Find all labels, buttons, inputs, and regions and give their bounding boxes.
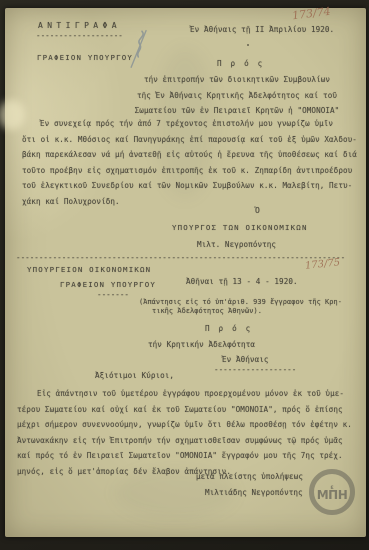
letter2-body: Εἰς ἀπάντησιν τοῦ ὑμετέρου ἐγγράφου προε… [17,386,362,479]
copies-underline: ------------------- [36,32,123,40]
copies-heading: ΑΝΤΙΓΡΑΦΑ [38,22,121,30]
letter1-recipient-block: τήν ἐπιτροπήν τῶν διοικητικῶν Συμβουλίων… [77,72,369,119]
stamp-monogram: ΜΠΗ [317,490,348,500]
letter2-dateline: Ἀθῆναι τῇ 13 - 4 - 1920. [186,278,298,286]
archive-number-top: 173/74 [291,5,331,23]
stray-ink-dot [247,44,249,46]
document-page: ΑΝΤΙΓΡΑΦΑ ------------------- 173/74 Ἐν … [5,8,366,537]
letter1-to-label: Π ρ ό ς [217,60,264,68]
signature-article: Ὁ [255,207,260,215]
body-line: χάκη καί Πολυχρονίδη. [22,194,362,210]
photographed-document: ΑΝΤΙΓΡΑΦΑ ------------------- 173/74 Ἐν … [0,0,369,550]
body-line: ὅτι οἱ κ.κ. Μθόσιος καί Πανηγυράκης ἐπί … [22,132,362,148]
letter1-dateline: Ἐν Ἀθήναις τῇ ΙΙ Ἀπριλίου 1920. [190,26,334,34]
reference-line: (Ἀπάντησις εἰς τό ὑπ'ἀριθ. 939 ἔγγραφον … [139,299,342,306]
letter1-body: Ἐν συνεχείᾳ πρός τήν ἀπό 7 τρέχοντος ἐπι… [22,116,362,209]
letter2-ministry-label: ΥΠΟΥΡΓΕΙΟΝ ΟΙΚΟΝΟΜΙΚΩΝ [27,266,151,273]
letter2-closing: μετά πλείστης ὑπολήψεως [196,473,303,481]
letter1-office-label: ΓΡΑΦΕΙΟΝ ΥΠΟΥΡΓΟΥ [37,54,133,61]
letter2-signature-name: Μιλτιάδης Νεγροπόντης [205,489,303,497]
letter2-recipient: τήν Κρητικήν Ἀδελφότητα [148,341,255,349]
archive-number-mid: 173/75 [305,257,341,272]
letter1-signature-name: Μιλτ. Νεγροπόντης [197,241,276,249]
recipient-line: τῆς Ἐν Ἀθήναις Κρητικῆς Ἀδελφότητος καί … [77,88,369,104]
letter2-office-underline: ------- [97,291,129,299]
letter1-signature-title: ΥΠΟΥΡΓΟΣ ΤΩΝ ΟΙΚΟΝΟΜΙΚΩΝ [172,224,308,231]
letter2-city-underline: ------------------ [214,366,296,374]
body-line: μέχρι σήμερον συνεννοούμην, γνωρίζω ὑμῖν… [17,417,362,433]
archive-stamp: ε ΜΠΗ [309,469,355,515]
letter2-salutation: Ἀξιότιμοι Κύριοι, [95,372,174,380]
letter2-to-label: Π ρ ό ς [205,325,252,333]
letter2-office-label: ΓΡΑΦΕΙΟΝ ΥΠΟΥΡΓΟΥ [60,281,156,288]
body-line: τέρου Σωματείου καί οὐχί καί ἐκ τοῦ Σωμα… [17,402,362,418]
section-divider: ----------------------------------------… [16,254,345,262]
letter2-recipient-city: Ἐν Ἀθήναις [222,356,269,364]
body-line: βάκη παρεκάλεσαν νά μή ἀνατεθῇ εἰς αὐτού… [22,147,362,163]
body-line: τοῦτο προέβην εἰς σχηματισμόν ἐπιτροπῆς … [22,163,362,179]
body-line: Εἰς ἀπάντησιν τοῦ ὑμετέρου ἐγγράφου προε… [17,386,362,402]
body-line: μηνός, εἰς ὅ μετ'ἀπορίας δέν ἔλαβον ἀπάν… [17,464,362,480]
body-line: Ἀντωνακάκην εἰς τήν Ἐπιτροπήν τήν σχηματ… [17,433,362,449]
body-line: Ἐν συνεχείᾳ πρός τήν ἀπό 7 τρέχοντος ἐπι… [22,116,362,132]
body-line: τοῦ ἐλεγκτικοῦ Συνεδρίου καί τῶν Νομικῶν… [22,178,362,194]
reference-line: τικῆς Ἀδελφότητος Ἀθηνῶν). [152,308,262,315]
recipient-line: τήν ἐπιτροπήν τῶν διοικητικῶν Συμβουλίων [77,72,369,88]
handwritten-mark [125,27,153,73]
body-line: καί πρός τό ἐν Πειραιεῖ Σωματεῖον "ΟΜΟΝΟ… [17,448,362,464]
